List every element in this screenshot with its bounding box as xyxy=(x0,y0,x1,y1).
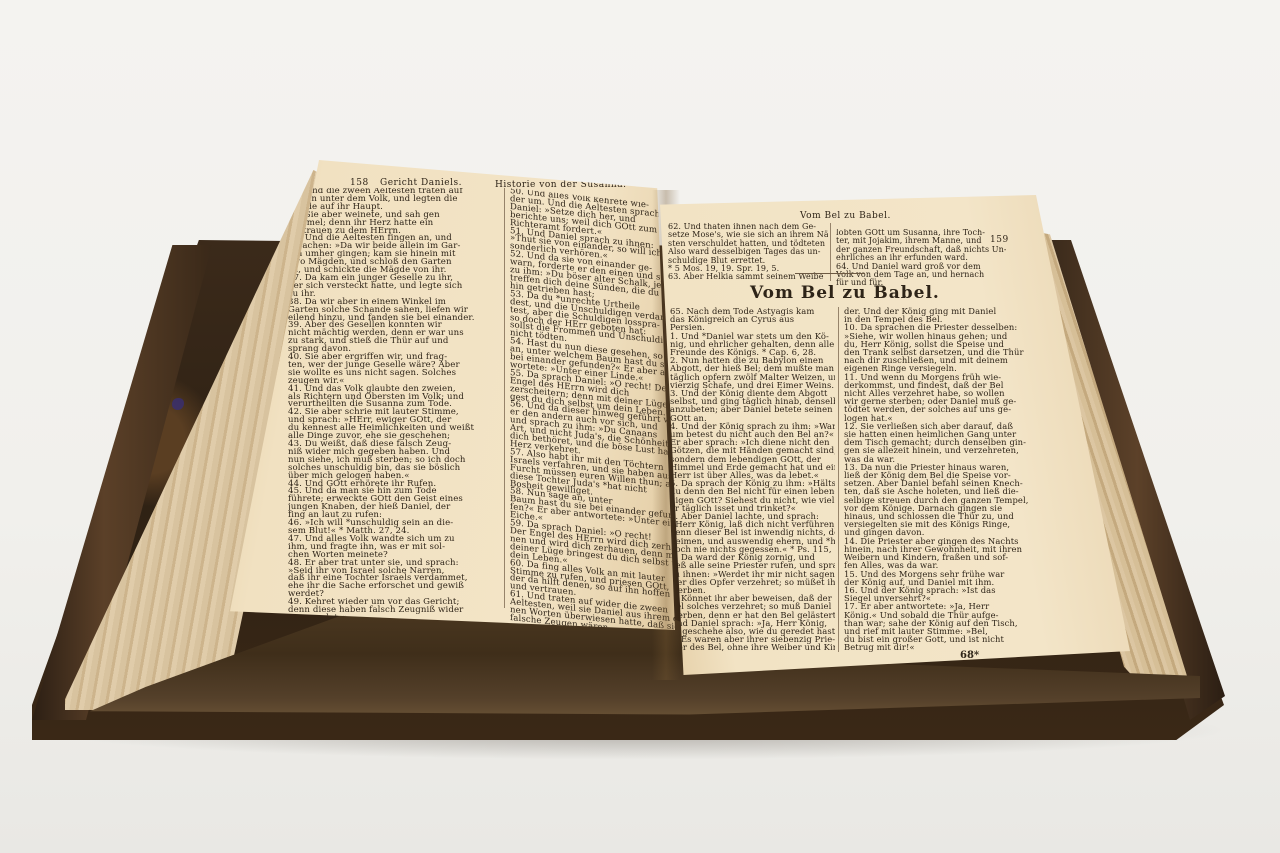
text-line: der sich versteckt hatte, und legte sich xyxy=(288,283,500,291)
column-divider xyxy=(838,307,839,652)
column-divider xyxy=(504,188,505,608)
right-page-top-column-2: lobten GOtt um Susanna, ihre Toch-ter, m… xyxy=(836,229,1006,289)
right-page-top-column-1: 62. Und thaten ihnen nach dem Ge-setze M… xyxy=(668,223,828,283)
right-page-column-1: 65. Nach dem Tode Astyagis kam das König… xyxy=(670,307,835,657)
title-rule xyxy=(795,273,865,274)
page-number: 158 xyxy=(350,178,369,188)
text-line: ster des Bel, ohne ihre Weiber und Kin- xyxy=(670,643,835,651)
left-page-column-2: 50. Und alles Volk kehrete wie-der um. U… xyxy=(510,188,675,630)
text-line: 63. Aber Helkia sammt seinem Weibe xyxy=(668,273,828,281)
left-page-column-1: 34. Und die zween Aeltesten traten aufmi… xyxy=(288,188,500,628)
photo-scene: 158 Gericht Daniels. Historie von der Su… xyxy=(0,0,1280,853)
chapter-title: Vom Bel zu Babel. xyxy=(750,283,940,303)
right-page-column-2: der. Und der König ging mit Danielin den… xyxy=(844,307,1054,657)
running-head-left: Gericht Daniels. xyxy=(380,178,462,188)
text-line: Betrug mit dir!« xyxy=(844,643,1054,651)
running-head-center: Vom Bel zu Babel. xyxy=(800,211,891,221)
